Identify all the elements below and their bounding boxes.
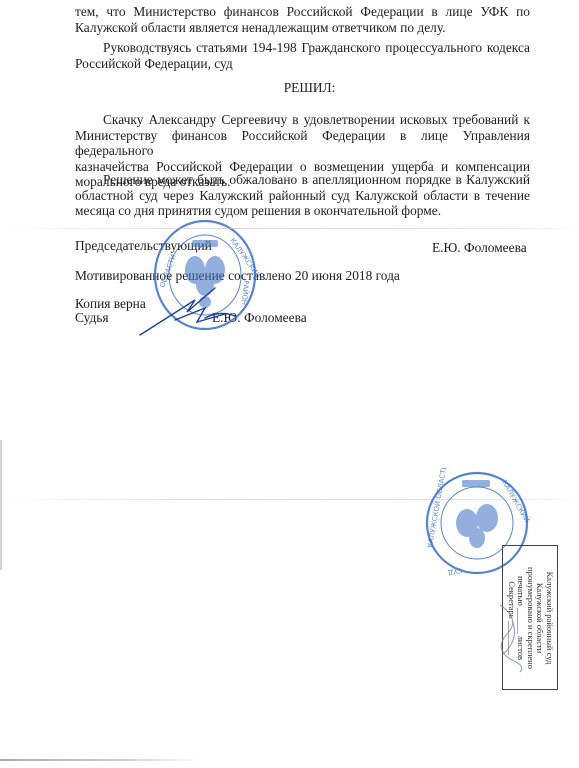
svg-text:СУД: СУД (447, 566, 463, 577)
judge-label: Судья (75, 310, 109, 326)
text-line: тем, что Министерство финансов Российско… (75, 4, 530, 20)
presiding-judge-name: Е.Ю. Фоломеева (432, 240, 527, 256)
scan-edge (0, 440, 2, 570)
secretary-signature-icon (492, 600, 532, 675)
judge-signature-icon (135, 280, 245, 340)
text-line: Решение может быть обжаловано в апелляци… (75, 172, 530, 188)
document-page: тем, что Министерство финансов Российско… (0, 0, 579, 768)
text-line: Калужской области является ненадлежащим … (75, 20, 530, 36)
paragraph-appeal-procedure: Решение может быть обжаловано в апелляци… (75, 172, 530, 219)
text-line: месяца со дня принятия судом решения в о… (75, 203, 530, 219)
decision-heading: РЕШИЛ: (0, 80, 579, 96)
text-line: Руководствуясь статьями 194-198 Гражданс… (75, 40, 530, 56)
paragraph-ministry-improper-defendant: тем, что Министерство финансов Российско… (75, 4, 530, 35)
cert-line: Калужской области (535, 548, 545, 688)
text-line: Скачку Александру Сергеевичу в удовлетво… (75, 112, 530, 128)
text-line: Министерству финансов Российской Федерац… (75, 128, 530, 159)
paragraph-guided-by-articles: Руководствуясь статьями 194-198 Гражданс… (75, 40, 530, 71)
cert-line: Калужский районный суд (544, 548, 554, 688)
scan-edge (0, 759, 200, 761)
svg-text:КАЛУЖСКИЙ: КАЛУЖСКИЙ (500, 479, 531, 524)
text-line: областной суд через Калужский районный с… (75, 188, 530, 204)
scan-fold-line (0, 228, 579, 229)
text-line: Российской Федерации, суд (75, 56, 530, 72)
